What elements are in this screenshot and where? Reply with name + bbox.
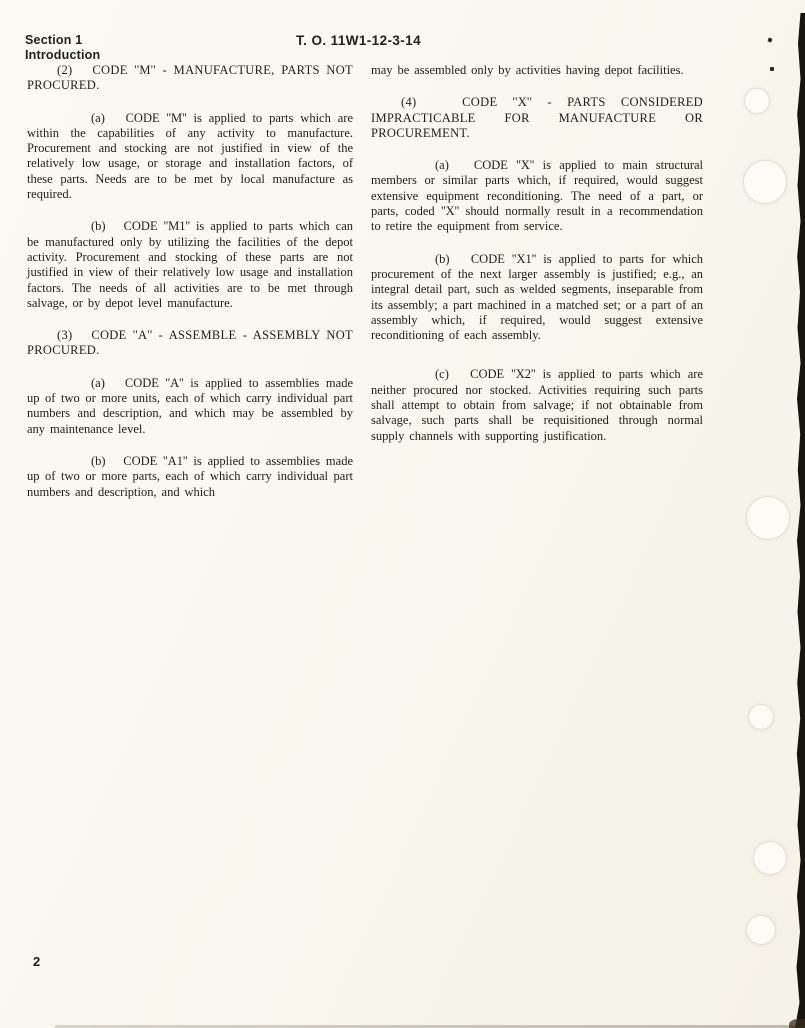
code-heading: (3) CODE ''A'' - ASSEMBLE - ASSEMBLY NOT… [27, 328, 353, 359]
document-page: Section 1 Introduction T. O. 11W1-12-3-1… [0, 0, 805, 1028]
paragraph: (a) CODE ''X'' is applied to main struct… [371, 158, 703, 234]
ink-speck [770, 67, 774, 71]
punch-hole [743, 160, 787, 204]
paragraph: (a) CODE ''A'' is applied to assemblies … [27, 376, 353, 437]
section-header: Section 1 Introduction [25, 33, 100, 63]
paragraph: (b) CODE ''M1'' is applied to parts whic… [27, 219, 353, 311]
punch-hole [744, 88, 770, 114]
punch-hole [746, 496, 790, 540]
code-heading: (4) CODE ''X'' - PARTS CONSIDERED IMPRAC… [371, 95, 703, 141]
code-heading: (2) CODE ''M'' - MANUFACTURE, PARTS NOT … [27, 63, 353, 94]
punch-hole [748, 704, 774, 730]
page-number: 2 [33, 954, 40, 969]
ink-speck [767, 37, 772, 42]
scan-torn-edge [795, 13, 805, 1028]
column-right: may be assembled only by activities havi… [371, 63, 703, 461]
paragraph: (b) CODE ''A1'' is applied to assemblies… [27, 454, 353, 500]
technical-order-number: T. O. 11W1-12-3-14 [296, 33, 421, 48]
paragraph: (a) CODE ''M'' is applied to parts which… [27, 111, 353, 203]
paragraph: (b) CODE ''X1'' is applied to parts for … [371, 252, 703, 344]
scan-bottom-corner [789, 1019, 805, 1028]
punch-hole [753, 841, 787, 875]
punch-hole [746, 915, 776, 945]
paragraph: may be assembled only by activities havi… [371, 63, 703, 78]
column-left: (2) CODE ''M'' - MANUFACTURE, PARTS NOT … [27, 63, 353, 517]
section-title: Section 1 [25, 33, 100, 48]
paragraph: (c) CODE ''X2'' is applied to parts whic… [371, 367, 703, 443]
section-subtitle: Introduction [25, 48, 100, 63]
